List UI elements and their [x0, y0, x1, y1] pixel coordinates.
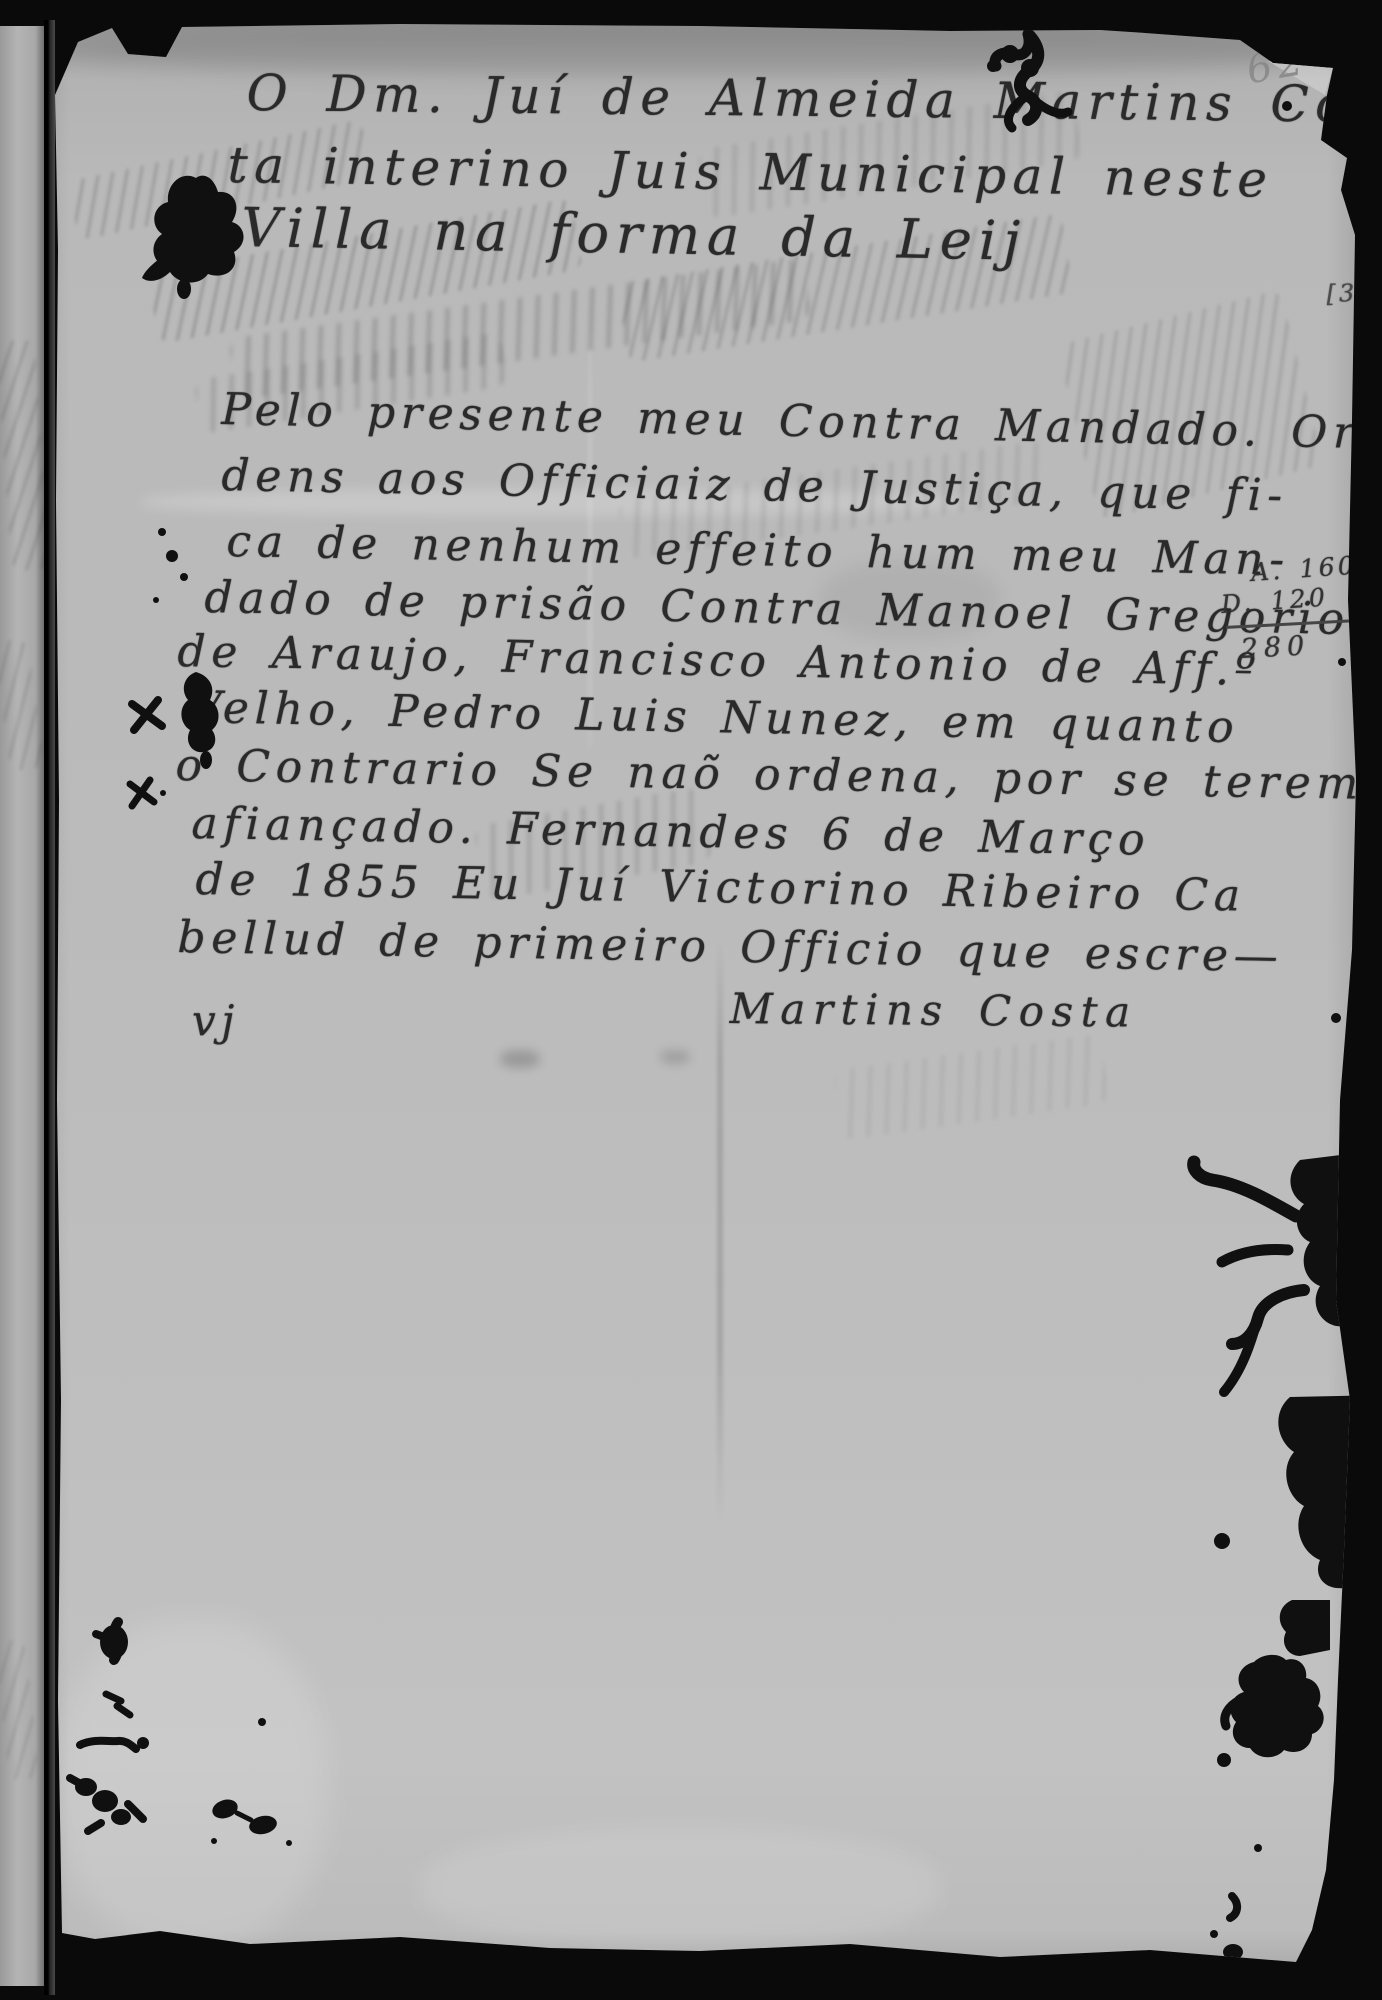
ink-blot	[92, 1790, 118, 1812]
ink-speck	[286, 1840, 292, 1846]
edge-tear-blot	[1232, 1290, 1304, 1344]
ink-blot	[96, 1634, 112, 1640]
ink-speck	[158, 528, 166, 536]
ink-speck	[1338, 658, 1346, 666]
ink-blot	[137, 1737, 149, 1749]
ink-speck	[1282, 101, 1292, 111]
ink-blot	[80, 1741, 136, 1749]
ink-blot	[247, 1813, 278, 1836]
ink-cross-mark	[130, 780, 154, 806]
ink-blot	[1001, 45, 1019, 63]
ink-cross-mark	[132, 700, 162, 730]
ink-speck	[1331, 1013, 1341, 1023]
ink-speck	[1210, 1930, 1218, 1938]
ink-blots-layer	[0, 0, 1382, 2000]
scanned-manuscript-page: 62 [35] O Dm. Juí de Almeida Martins Cos…	[0, 0, 1382, 2000]
ink-blot	[1021, 59, 1039, 77]
edge-tear-blot	[1278, 1395, 1382, 1590]
ink-speck	[211, 1838, 217, 1844]
ink-speck	[153, 597, 159, 603]
ink-speck	[180, 573, 188, 581]
ink-speck	[160, 790, 166, 796]
edge-tear-blot	[1280, 1600, 1330, 1656]
ink-blot	[987, 60, 999, 72]
ink-blot	[177, 279, 191, 299]
ink-speck	[1214, 1533, 1230, 1549]
ink-speck	[1254, 1844, 1262, 1852]
edge-tear-blot	[1194, 1162, 1296, 1216]
binding-gutter-shadow	[44, 20, 55, 1995]
ink-speck	[258, 1718, 266, 1726]
ink-blot	[1008, 98, 1024, 128]
ink-speck	[1217, 1753, 1231, 1767]
edge-tear-blot	[1222, 1250, 1288, 1263]
manuscript-paper: 62 [35] O Dm. Juí de Almeida Martins Cos…	[0, 0, 1382, 2000]
edge-tear-blot	[1290, 1150, 1382, 1330]
ink-blot	[200, 751, 212, 769]
ink-blot	[111, 1809, 131, 1825]
ink-speck	[166, 550, 178, 562]
ink-blot	[210, 1796, 240, 1821]
edge-tear-blot	[1224, 1318, 1258, 1392]
ink-blot	[237, 1813, 251, 1820]
edge-tear-blot	[1230, 1655, 1323, 1757]
ink-blot	[106, 1694, 130, 1715]
ink-blot	[181, 672, 218, 752]
ink-blot	[1230, 1896, 1237, 1918]
ink-blot	[1223, 1944, 1243, 1960]
